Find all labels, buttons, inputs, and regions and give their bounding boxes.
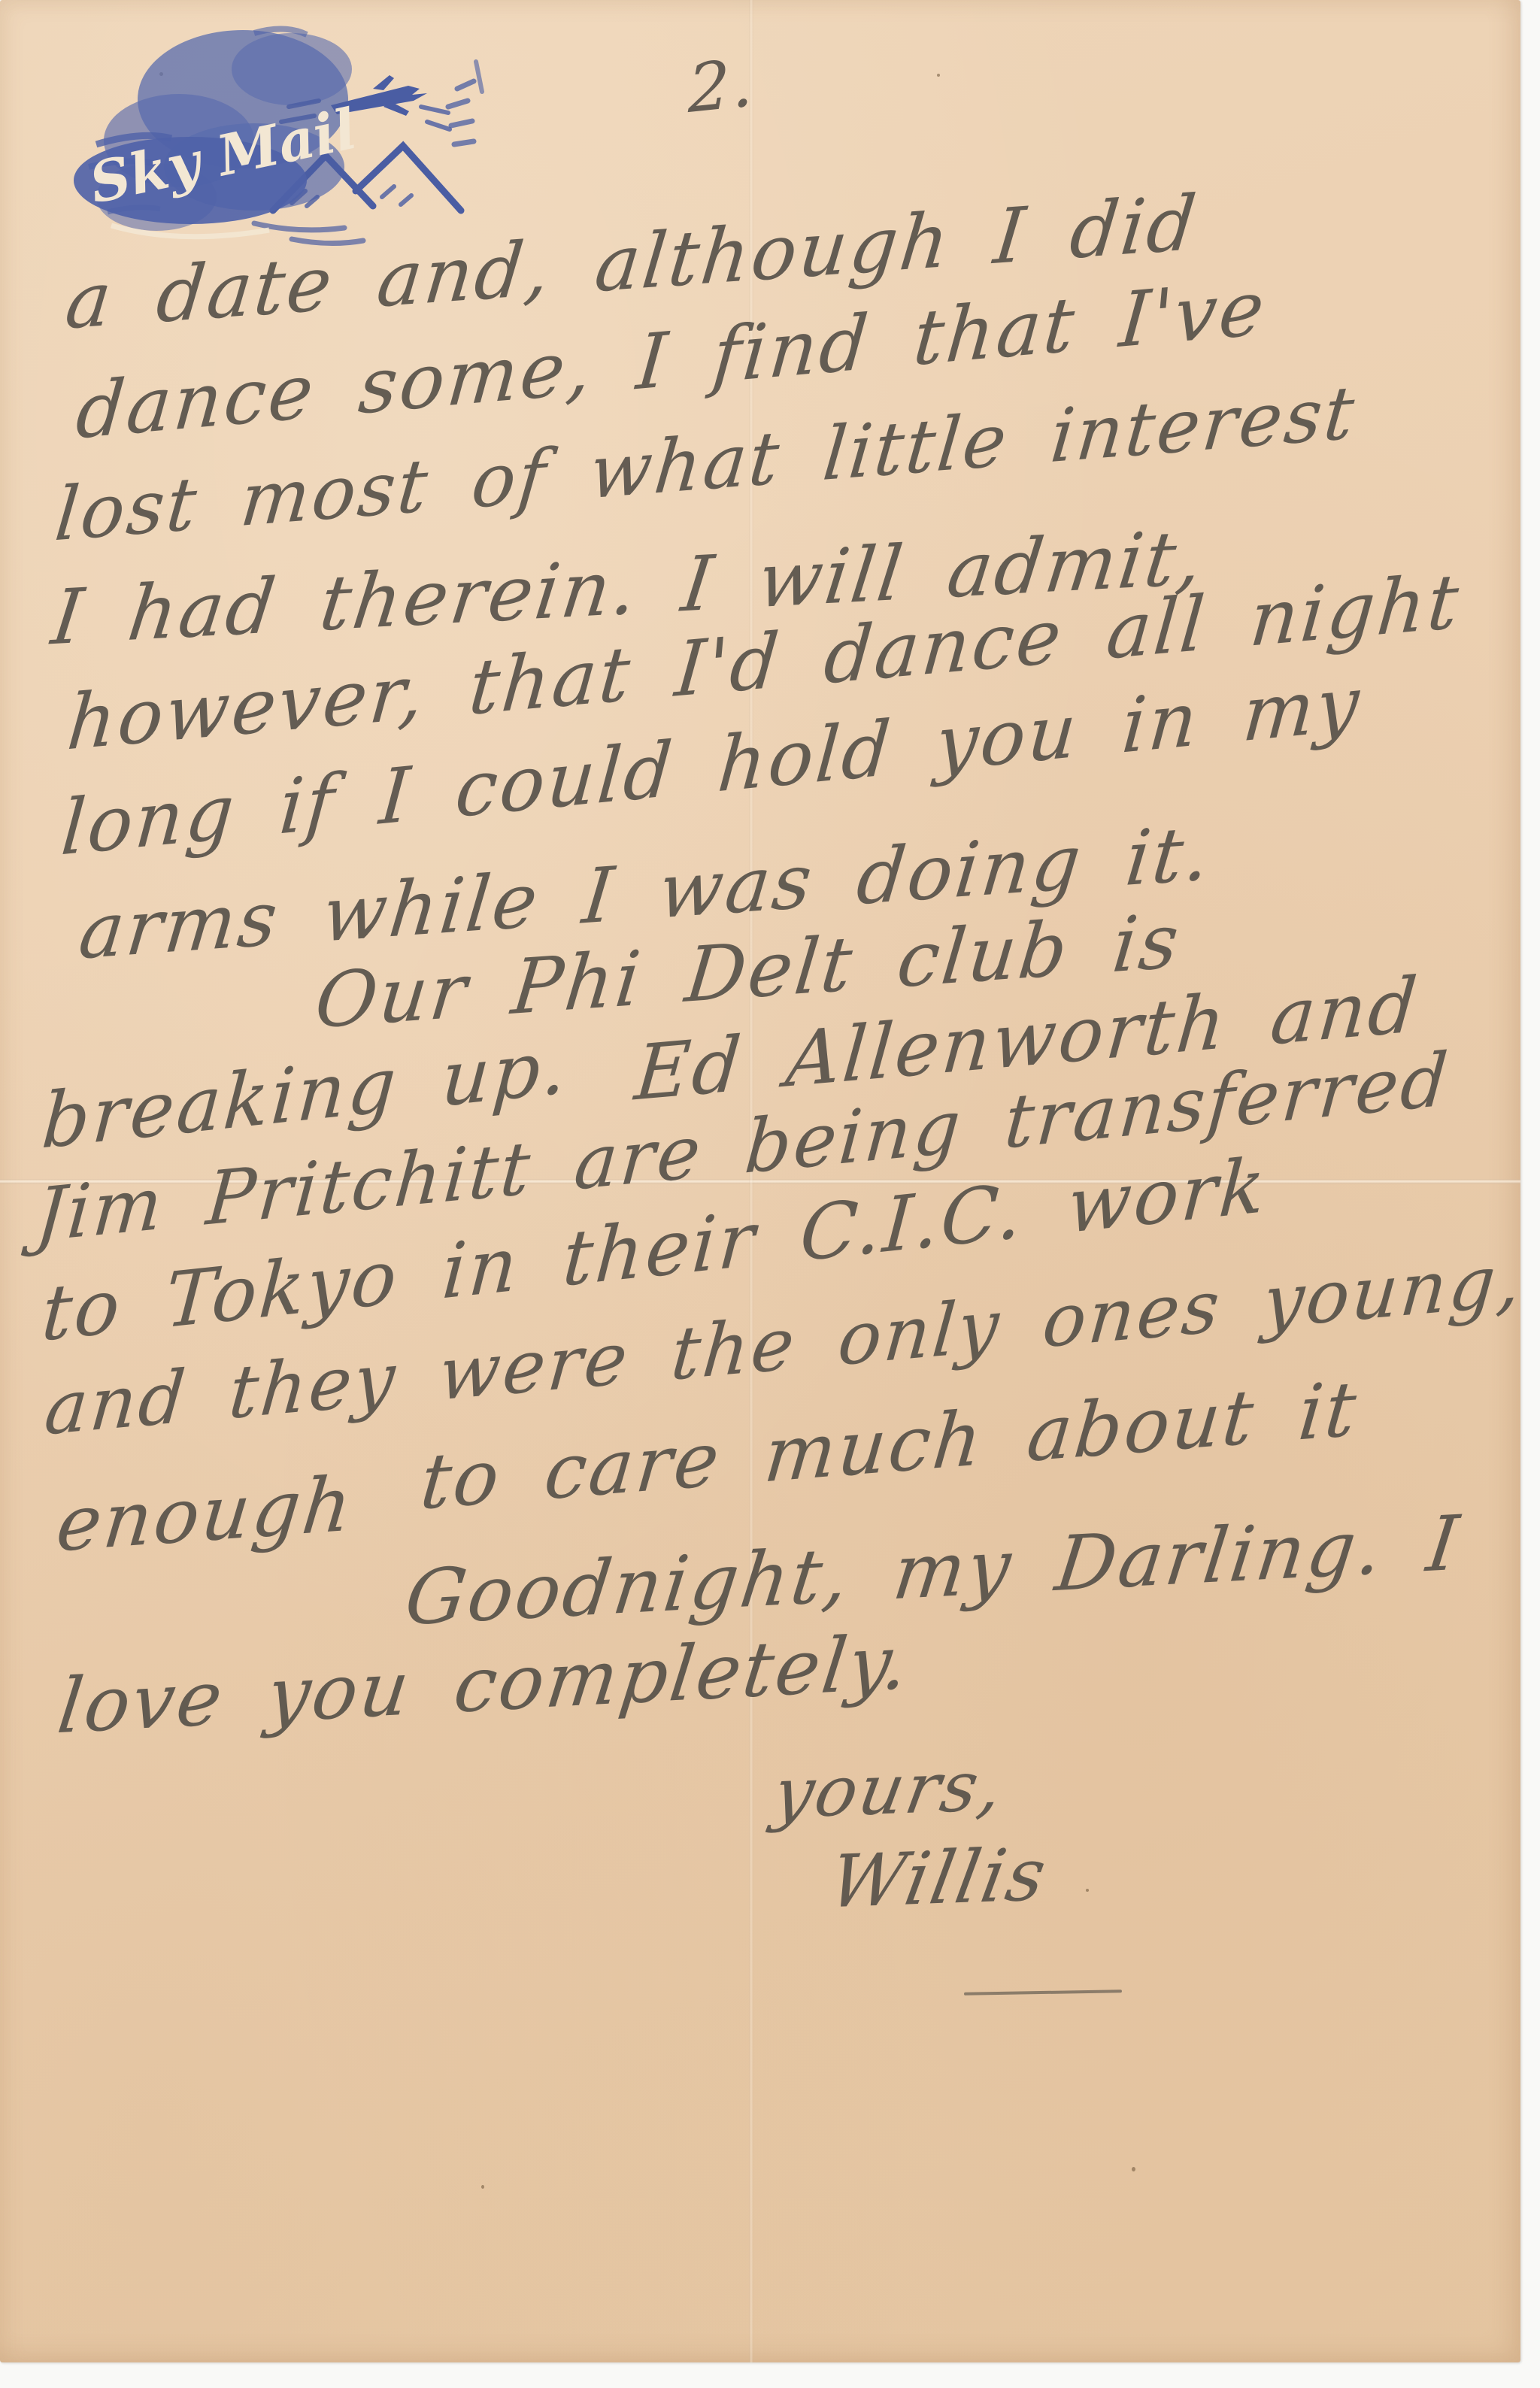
closing-valediction: yours, [768,1751,1010,1829]
handwritten-line: enough [53,1466,357,1563]
page-number: 2. [688,49,755,123]
paper-speck [1132,2167,1135,2171]
signature: Willis [824,1838,1053,1919]
skymail-logo: Sky Mail [66,17,487,265]
paper-speck [1086,1889,1089,1892]
scan-background: { "letter": { "page_number": "2.", "logo… [0,0,1540,2388]
paper-speck [481,2185,484,2189]
paper-speck [937,74,940,77]
